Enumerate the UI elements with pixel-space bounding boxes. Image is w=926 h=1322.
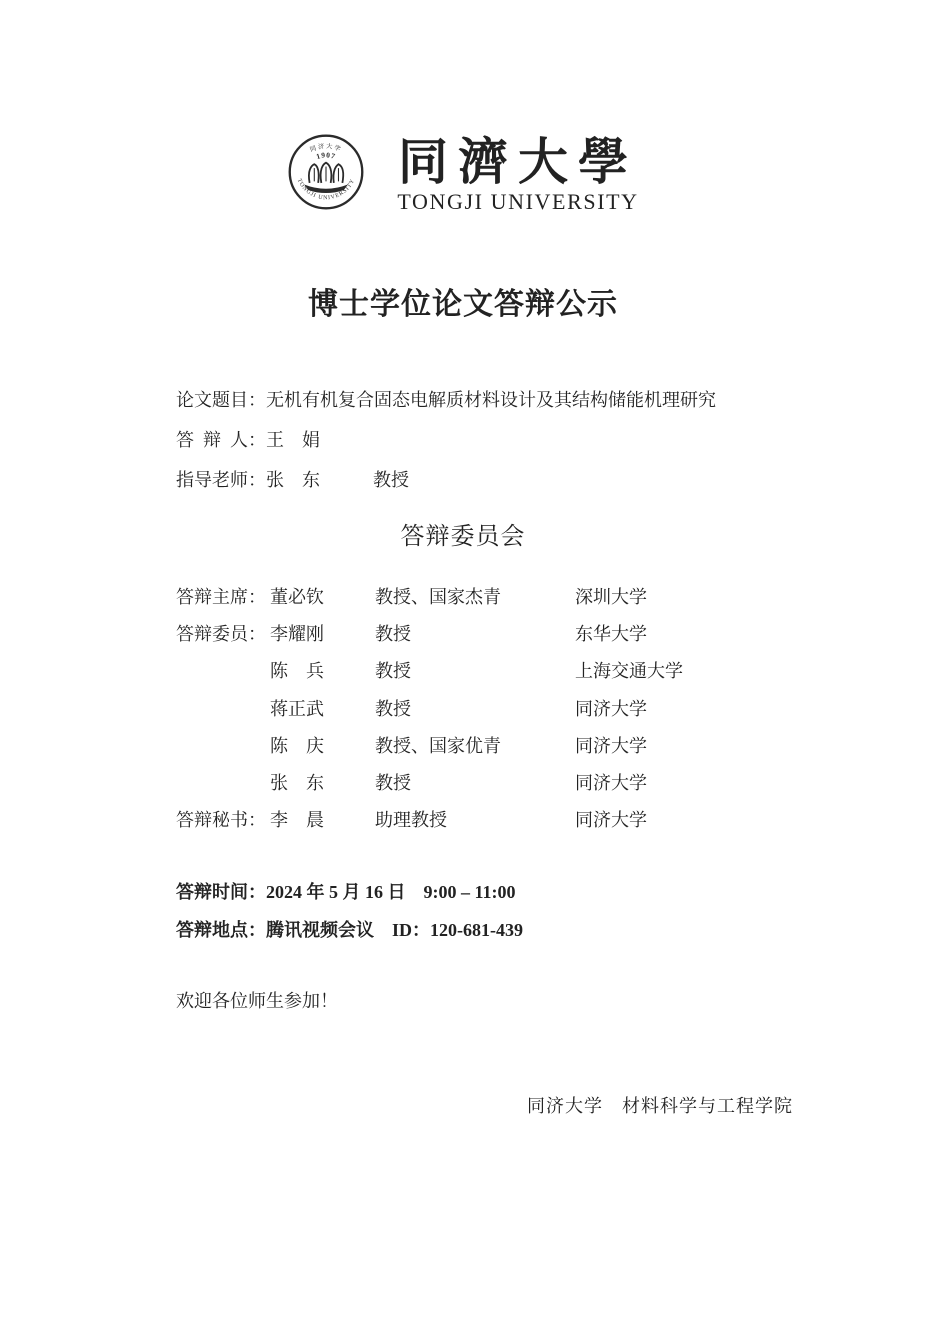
defense-venue-line: 答辩地点：腾讯视频会议 ID：120-681-439 bbox=[176, 911, 866, 949]
defender-line: 答辩人：王 娟 bbox=[176, 420, 866, 460]
seal-top-text: 同济大学 bbox=[309, 142, 344, 154]
committee-table: 答辩主席： 董必钦 教授、国家杰青 深圳大学 答辩委员： 李耀刚 教授 东华大学… bbox=[176, 577, 886, 838]
colon: ： bbox=[248, 470, 266, 490]
committee-title: 教授 bbox=[375, 769, 575, 795]
defense-time-value: 2024 年 5 月 16 日 9:00 – 11:00 bbox=[266, 882, 516, 902]
defender-label: 答辩人 bbox=[176, 420, 248, 460]
defender-name: 王 娟 bbox=[266, 430, 320, 450]
committee-affiliation: 同济大学 bbox=[575, 769, 886, 795]
committee-role: 答辩主席： bbox=[176, 583, 270, 609]
colon: ： bbox=[248, 430, 266, 450]
thesis-title-value: 无机有机复合固态电解质材料设计及其结构储能机理研究 bbox=[266, 390, 716, 410]
thesis-title-line: 论文题目：无机有机复合固态电解质材料设计及其结构储能机理研究 bbox=[176, 380, 866, 420]
advisor-title: 教授 bbox=[373, 470, 409, 490]
committee-title: 教授 bbox=[375, 620, 575, 646]
defense-venue-label: 答辩地点 bbox=[176, 920, 248, 940]
committee-role: 答辩委员： bbox=[176, 620, 270, 646]
document-page: 同济大学 1907 TONGJI UNIVERSITY 同濟大學 TONGJI … bbox=[0, 0, 926, 1322]
seal-dragon-boat-icon bbox=[305, 163, 349, 193]
logo-wordmark: 同濟大學 TONGJI UNIVERSITY bbox=[397, 133, 638, 212]
committee-title: 教授、国家杰青 bbox=[375, 583, 575, 609]
committee-name: 董必钦 bbox=[270, 583, 375, 609]
committee-title: 教授 bbox=[375, 695, 575, 721]
advisor-label: 指导老师 bbox=[176, 460, 248, 500]
colon: ： bbox=[248, 390, 266, 410]
committee-role: 答辩秘书： bbox=[176, 806, 270, 832]
colon: ： bbox=[248, 920, 266, 940]
defense-venue-value: 腾讯视频会议 ID：120-681-439 bbox=[266, 920, 523, 940]
committee-affiliation: 上海交通大学 bbox=[575, 657, 886, 683]
advisor-name: 张 东 bbox=[266, 460, 373, 500]
committee-title: 助理教授 bbox=[375, 806, 575, 832]
wordmark-chinese: 同濟大學 bbox=[398, 133, 638, 191]
university-logo: 同济大学 1907 TONGJI UNIVERSITY 同濟大學 TONGJI … bbox=[0, 126, 926, 218]
page-title: 博士学位论文答辩公示 bbox=[0, 286, 926, 324]
committee-affiliation: 同济大学 bbox=[575, 695, 886, 721]
advisor-line: 指导老师：张 东教授 bbox=[176, 460, 866, 500]
seal-year-text: 1907 bbox=[316, 150, 338, 161]
schedule-block: 答辩时间：2024 年 5 月 16 日 9:00 – 11:00 答辩地点：腾… bbox=[176, 873, 866, 949]
committee-affiliation: 东华大学 bbox=[575, 620, 886, 646]
defense-time-line: 答辩时间：2024 年 5 月 16 日 9:00 – 11:00 bbox=[176, 873, 866, 911]
committee-title: 教授、国家优青 bbox=[375, 732, 575, 758]
colon: ： bbox=[248, 882, 266, 902]
committee-name: 张 东 bbox=[270, 769, 375, 795]
committee-name: 蒋正武 bbox=[270, 695, 375, 721]
committee-affiliation: 深圳大学 bbox=[575, 583, 886, 609]
committee-name: 陈 庆 bbox=[270, 732, 375, 758]
committee-name: 李耀刚 bbox=[270, 620, 375, 646]
defense-time-label: 答辩时间 bbox=[176, 882, 248, 902]
wordmark-english: TONGJI UNIVERSITY bbox=[397, 192, 638, 212]
committee-title: 教授 bbox=[375, 657, 575, 683]
footer-signature: 同济大学 材料科学与工程学院 bbox=[0, 1086, 793, 1126]
thesis-info-block: 论文题目：无机有机复合固态电解质材料设计及其结构储能机理研究 答辩人：王 娟 指… bbox=[176, 380, 866, 500]
thesis-title-label: 论文题目 bbox=[176, 380, 248, 420]
committee-affiliation: 同济大学 bbox=[575, 806, 886, 832]
committee-heading: 答辩委员会 bbox=[0, 520, 926, 554]
tongji-seal-icon: 同济大学 1907 TONGJI UNIVERSITY bbox=[287, 126, 365, 218]
committee-affiliation: 同济大学 bbox=[575, 732, 886, 758]
committee-name: 陈 兵 bbox=[270, 657, 375, 683]
committee-name: 李 晨 bbox=[270, 806, 375, 832]
welcome-message: 欢迎各位师生参加！ bbox=[176, 981, 338, 1021]
